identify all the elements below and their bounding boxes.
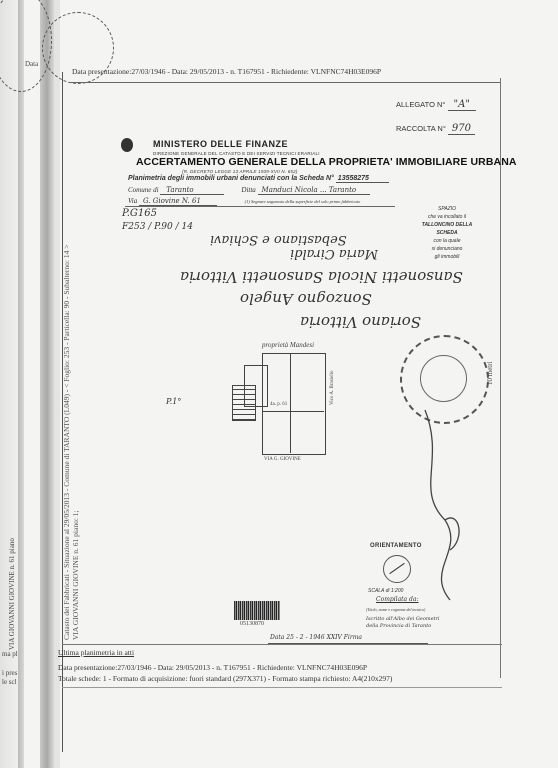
spazio-block: SPAZIO che va incollato il TALLONCINO DE… xyxy=(412,205,482,261)
signature-sonzogno: Sonzogno Angelo xyxy=(240,290,372,308)
spazio-line: con la quale xyxy=(412,237,482,245)
provincia-label: della Provincia di Taranto xyxy=(366,623,431,629)
document-title: ACCERTAMENTO GENERALE DELLA PROPRIETA' I… xyxy=(136,156,517,168)
via-label: Via xyxy=(128,197,137,205)
comune-label: Comune di xyxy=(128,186,159,194)
spazio-line: si denunciano xyxy=(412,245,482,253)
right-scale-label: 10 metri xyxy=(486,361,494,385)
footnote: (1) Segnare sagomato della superficie de… xyxy=(245,199,361,204)
allegato-label: ALLEGATO N° xyxy=(396,100,445,109)
compass-needle xyxy=(389,563,404,574)
catasto-side-text: Catasto dei Fabbricati - Situazione al 2… xyxy=(62,245,71,640)
plan-label-top: proprietà Mandesi xyxy=(262,341,314,349)
spazio-line: SPAZIO xyxy=(412,205,482,213)
top-banner: Data presentazione:27/03/1946 - Data: 29… xyxy=(72,67,381,76)
plan-line-label: Planimetria degli immobili urbani denunc… xyxy=(128,175,334,182)
back-page-fragment-3: le scl xyxy=(2,678,17,686)
barcode-number: 05130870 xyxy=(240,621,264,627)
header-rule xyxy=(125,206,395,207)
stamp-inner-ring xyxy=(420,355,467,402)
ditta-label: Ditta xyxy=(241,186,255,194)
signature-sebastiano: Sebastiano e Schiavi xyxy=(210,232,347,247)
signature-soriano: Soriano Vittoria xyxy=(300,313,421,331)
plan-label-bottom: VIA G. GIOVINE xyxy=(264,457,301,462)
orientamento-label: ORIENTAMENTO xyxy=(370,543,422,549)
comune-line: Comune di Taranto Ditta Manduci Nicola .… xyxy=(128,186,370,194)
back-page-fragment: Data xyxy=(25,60,38,68)
compilata-label: Compilata da: xyxy=(376,596,418,603)
raccolta-label: RACCOLTA N° xyxy=(396,124,446,133)
via-line: Via G. Giovine N. 61 (1) Segnare sagomat… xyxy=(128,197,360,205)
spazio-line: gli immobili xyxy=(412,253,482,261)
plan-label-right: Vico A. Brasiello xyxy=(330,370,335,405)
top-banner-rule xyxy=(70,82,500,83)
via-value: G. Giovine N. 61 xyxy=(139,197,217,206)
data-firma-line: Data 25 - 2 - 1946 XXIV Firma xyxy=(270,634,362,641)
spazio-line: che va incollato il xyxy=(412,213,482,221)
margin-note-1: P.G165 xyxy=(122,208,157,219)
allegato-field: ALLEGATO N° "A" xyxy=(396,99,476,110)
back-page-shadow xyxy=(18,0,24,768)
frame-right-line xyxy=(500,78,501,678)
raccolta-field: RACCOLTA N° 970 xyxy=(396,123,475,134)
signature-sansonetti: Sansonetti Nicola Sansonetti Vittoria xyxy=(180,268,463,286)
allegato-value: "A" xyxy=(448,99,476,111)
footer-line-2: Totale schede: 1 - Formato di acquisizio… xyxy=(58,674,392,683)
plan-stairs xyxy=(232,385,256,421)
ministry-title: MINISTERO DELLE FINANZE xyxy=(153,139,288,149)
spazio-line: TALLONCINO DELLA SCHEDA xyxy=(412,221,482,237)
plan-line: Planimetria degli immobili urbani denunc… xyxy=(128,175,389,182)
back-page-side-text: VIA GIOVANNI GIOVINE n. 61 piano xyxy=(8,538,16,650)
address-side-text: VIA GIOVANNI GIOVINE n. 61 piano: 1; xyxy=(71,510,80,640)
law-reference: (R. DECRETO LEGGE 13 APRILE 1939-XVII N.… xyxy=(182,169,298,174)
footer-line-1: Data presentazione:27/03/1946 - Data: 29… xyxy=(58,663,367,672)
signature-ciraldi: Maria Ciraldi xyxy=(290,246,378,261)
floor-plan: proprietà Mandesi 4a. p. 61 Vico A. Bras… xyxy=(232,345,332,460)
iscritto-label: Iscritto all'Albo dei Geometri xyxy=(366,616,440,622)
scheda-number: 13558275 xyxy=(336,175,389,183)
scala-label: SCALA di 1:200 xyxy=(368,588,403,594)
plan-floor-label: P.1° xyxy=(166,397,181,406)
compass-icon xyxy=(383,555,411,583)
margin-note-2: F253 / P.90 / 14 xyxy=(122,222,193,232)
plan-inner-wall xyxy=(290,353,291,453)
back-page-fragment-1: ma pl xyxy=(2,650,18,658)
plan-label-hall: 4a. p. 61 xyxy=(270,402,287,407)
compilata-note: (Titolo, nome e cognome del tecnico) xyxy=(366,607,425,612)
back-page-fragment-2: i pres xyxy=(2,669,17,677)
page-fold-shadow xyxy=(40,0,54,768)
footer-note: Ultima planimetria in atti xyxy=(58,648,134,657)
ditta-value: Manduci Nicola ... Taranto xyxy=(258,186,371,195)
footer-bottom-rule xyxy=(62,687,502,688)
barcode xyxy=(234,601,280,620)
signature-flourish xyxy=(405,400,475,610)
republic-emblem-icon xyxy=(121,138,133,152)
plan-inner-wall xyxy=(262,411,324,412)
footer-top-rule xyxy=(62,644,502,645)
comune-value: Taranto xyxy=(160,186,223,195)
raccolta-value: 970 xyxy=(448,123,475,135)
